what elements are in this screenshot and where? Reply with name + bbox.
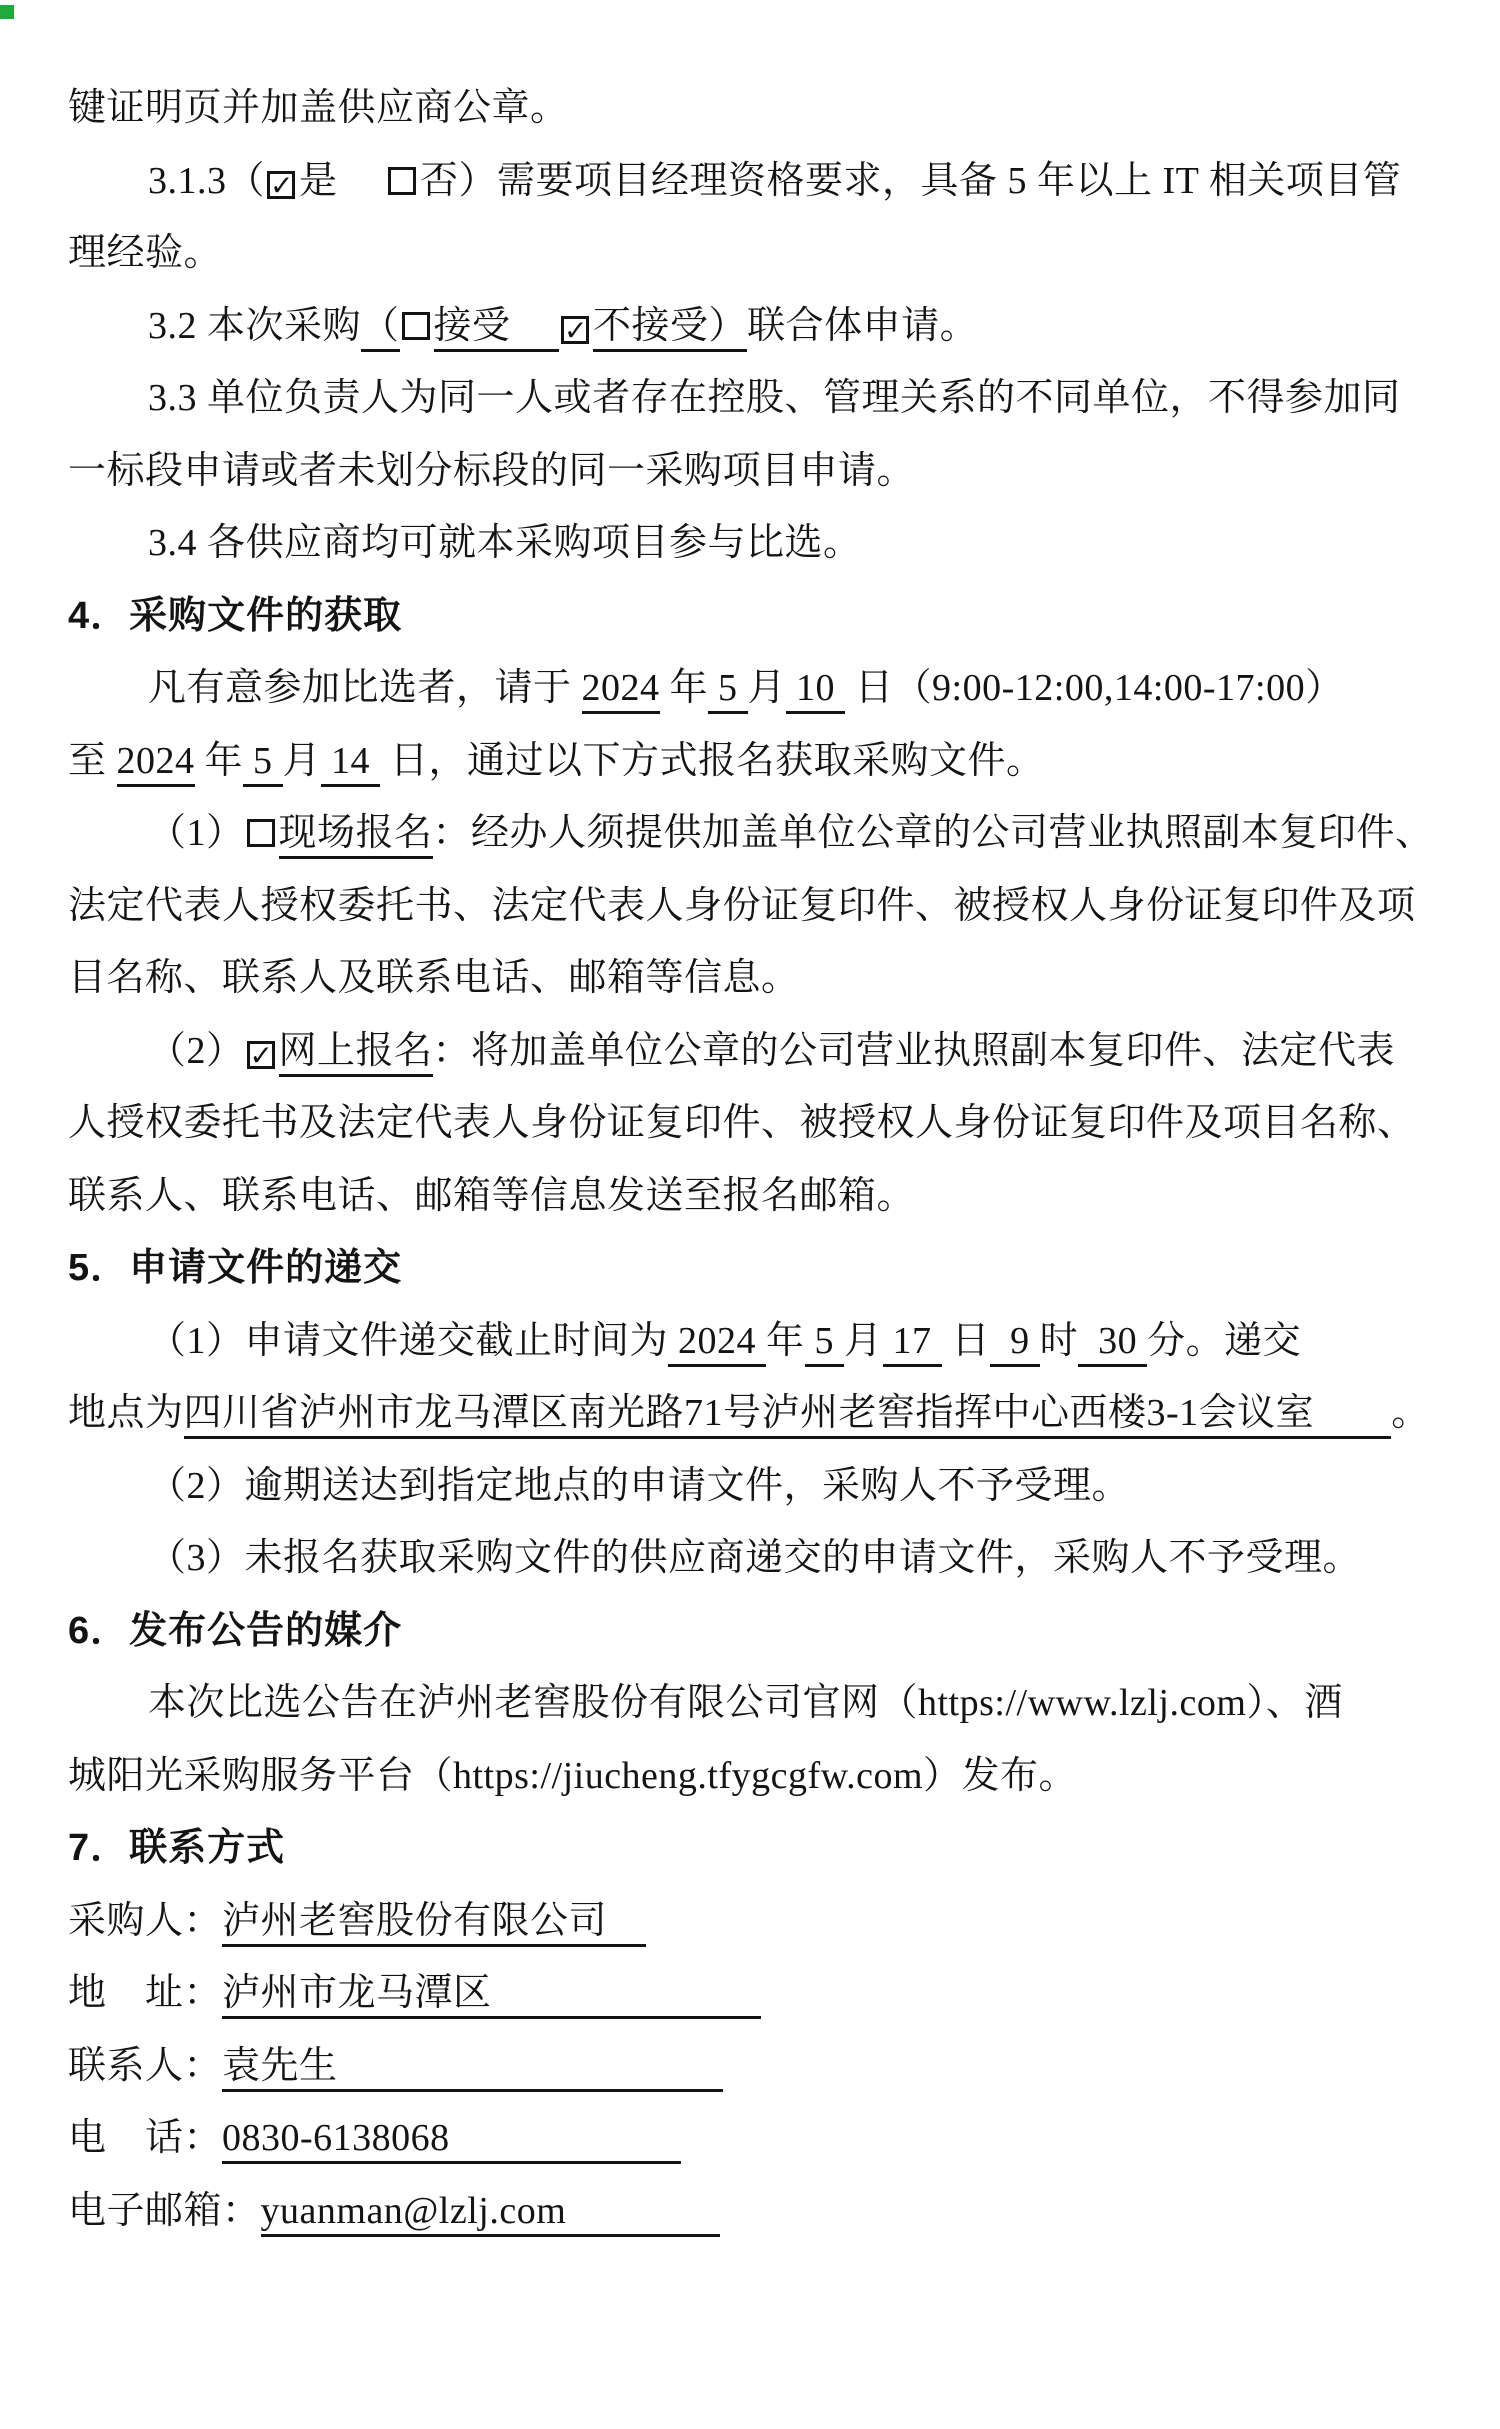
section-heading-7: 7．联系方式 [68, 1812, 1436, 1885]
text-segment: 目名称、联系人及联系电话、邮箱等信息。 [68, 957, 800, 999]
section-heading-4: 4．采购文件的获取 [68, 580, 1436, 653]
text-segment: 14 [321, 740, 380, 787]
paragraph-line: 凡有意参加比选者，请于 2024 年 5 月 10 日（9:00-12:00,1… [68, 652, 1436, 725]
text-segment: 本次比选公告在泸州老窖股份有限公司官网（https://www.lzlj.com… [148, 1682, 1343, 1724]
paragraph-line: 城阳光采购服务平台（https://jiucheng.tfygcgfw.com）… [68, 1740, 1436, 1813]
text-segment: 地 址： [68, 1972, 222, 2014]
text-segment: ：经办人须提供加盖单位公章的公司营业执照副本复印件、 [433, 812, 1434, 854]
paragraph-line: （2）逾期送达到指定地点的申请文件，采购人不予受理。 [68, 1450, 1436, 1523]
text-segment: 联合体申请。 [747, 305, 978, 347]
text-segment: yuanman@lzlj.com [261, 2190, 721, 2237]
text-segment: 5 [243, 740, 283, 787]
text-segment: 6．发布公告的媒介 [68, 1610, 402, 1652]
text-segment: 一标段申请或者未划分标段的同一采购项目申请。 [68, 450, 915, 492]
paragraph-line: 法定代表人授权委托书、法定代表人身份证复印件、被授权人身份证复印件及项 [68, 870, 1436, 943]
paragraph-line: 键证明页并加盖供应商公章。 [68, 72, 1436, 145]
text-segment: 至 [68, 740, 117, 782]
clause-3-2: 3.2 本次采购（接受 ✓不接受）联合体申请。 [68, 290, 1436, 363]
text-segment: 5．申请文件的递交 [68, 1247, 402, 1289]
paragraph-line: 人授权委托书及法定代表人身份证复印件、被授权人身份证复印件及项目名称、 [68, 1087, 1436, 1160]
text-segment: 电子邮箱： [68, 2190, 261, 2232]
checkbox-checked-icon: ✓ [561, 316, 589, 344]
checkbox-checked-icon: ✓ [247, 1041, 275, 1069]
text-segment: 现场报名 [279, 812, 433, 859]
text-segment: 泸州市龙马潭区 [222, 1972, 761, 2019]
text-segment: 。 [1391, 1392, 1430, 1434]
text-segment: 键证明页并加盖供应商公章。 [68, 87, 569, 129]
text-segment: 不接受） [593, 305, 747, 352]
text-segment: ：将加盖单位公章的公司营业执照副本复印件、法定代表 [433, 1030, 1396, 1072]
text-segment: 凡有意参加比选者，请于 [148, 667, 582, 709]
text-segment: 2024 [582, 667, 660, 714]
text-segment: 是 [299, 160, 386, 202]
text-segment: 城阳光采购服务平台（https://jiucheng.tfygcgfw.com）… [68, 1755, 1077, 1797]
section-heading-6: 6．发布公告的媒介 [68, 1595, 1436, 1668]
paragraph-line: 至 2024 年 5 月 14 日，通过以下方式报名获取采购文件。 [68, 725, 1436, 798]
text-segment: 地点为 [68, 1392, 184, 1434]
text-segment: 2024 [668, 1320, 766, 1367]
text-segment: 日（9:00-12:00,14:00-17:00） [845, 667, 1344, 709]
text-segment: 2024 [117, 740, 195, 787]
text-segment: 时 [1040, 1320, 1079, 1362]
clause-online-signup: （2）✓网上报名：将加盖单位公章的公司营业执照副本复印件、法定代表 [68, 1015, 1436, 1088]
text-segment: （2） [148, 1030, 245, 1072]
text-segment: 月 [283, 740, 322, 782]
text-segment: 月 [844, 1320, 883, 1362]
contact-person-line: 联系人：袁先生 [68, 2030, 1436, 2103]
text-segment: 0830-6138068 [222, 2117, 681, 2164]
text-segment: 月 [748, 667, 787, 709]
text-segment: （2）逾期送达到指定地点的申请文件，采购人不予受理。 [148, 1465, 1130, 1507]
clause-3-4: 3.4 各供应商均可就本采购项目参与比选。 [68, 507, 1436, 580]
contact-phone-line: 电 话：0830-6138068 [68, 2102, 1436, 2175]
text-segment: 网上报名 [279, 1030, 433, 1077]
document-body: 键证明页并加盖供应商公章。3.1.3（✓是 否）需要项目经理资格要求，具备 5 … [68, 72, 1436, 2247]
text-segment: 年 [766, 1320, 805, 1362]
text-segment: 联系人： [68, 2045, 222, 2087]
text-segment: （3）未报名获取采购文件的供应商递交的申请文件，采购人不予受理。 [148, 1537, 1361, 1579]
text-segment: 9 [990, 1320, 1040, 1367]
text-segment: 法定代表人授权委托书、法定代表人身份证复印件、被授权人身份证复印件及项 [68, 885, 1416, 927]
text-segment: 四川省泸州市龙马潭区南光路71号泸州老窖指挥中心西楼3-1会议室 [184, 1392, 1392, 1439]
deadline-line: （1）申请文件递交截止时间为 2024 年 5 月 17 日 9 时 30 分。… [68, 1305, 1436, 1378]
text-segment: （1）申请文件递交截止时间为 [148, 1320, 668, 1362]
text-segment: （ [361, 305, 400, 352]
text-segment: 3.4 各供应商均可就本采购项目参与比选。 [148, 522, 862, 564]
text-segment: 分。递交 [1147, 1320, 1301, 1362]
clause-onsite-signup: （1）现场报名：经办人须提供加盖单位公章的公司营业执照副本复印件、 [68, 797, 1436, 870]
text-segment: 4．采购文件的获取 [68, 595, 402, 637]
clause-3-1-3: 3.1.3（✓是 否）需要项目经理资格要求，具备 5 年以上 IT 相关项目管 [68, 145, 1436, 218]
text-segment: 袁先生 [222, 2045, 723, 2092]
checkbox-unchecked-icon [402, 312, 430, 340]
text-segment: 理经验。 [68, 232, 222, 274]
text-segment: 人授权委托书及法定代表人身份证复印件、被授权人身份证复印件及项目名称、 [68, 1102, 1416, 1144]
paragraph-line: 本次比选公告在泸州老窖股份有限公司官网（https://www.lzlj.com… [68, 1667, 1436, 1740]
clause-3-3: 3.3 单位负责人为同一人或者存在控股、管理关系的不同单位，不得参加同 [68, 362, 1436, 435]
checkbox-unchecked-icon [247, 819, 275, 847]
text-segment: 17 [883, 1320, 942, 1367]
text-segment: 7．联系方式 [68, 1827, 285, 1869]
text-segment: 年 [195, 740, 244, 782]
paragraph-line: （3）未报名获取采购文件的供应商递交的申请文件，采购人不予受理。 [68, 1522, 1436, 1595]
checkbox-unchecked-icon [388, 167, 416, 195]
text-segment: （1） [148, 812, 245, 854]
checkbox-checked-icon: ✓ [267, 171, 295, 199]
text-segment: 采购人： [68, 1900, 222, 1942]
text-segment: 否）需要项目经理资格要求，具备 5 年以上 IT 相关项目管 [420, 160, 1401, 202]
text-segment: 日，通过以下方式报名获取采购文件。 [380, 740, 1045, 782]
text-segment: 5 [708, 667, 748, 714]
text-segment: 电 话： [68, 2117, 222, 2159]
corner-marker [0, 5, 14, 19]
address-line: 地点为四川省泸州市龙马潭区南光路71号泸州老窖指挥中心西楼3-1会议室 。 [68, 1377, 1436, 1450]
text-segment: 接受 [434, 305, 560, 352]
text-segment: 年 [660, 667, 709, 709]
contact-purchaser-line: 采购人：泸州老窖股份有限公司 [68, 1885, 1436, 1958]
contact-address-line: 地 址：泸州市龙马潭区 [68, 1957, 1436, 2030]
text-segment: 日 [942, 1320, 991, 1362]
text-segment: 3.3 单位负责人为同一人或者存在控股、管理关系的不同单位，不得参加同 [148, 377, 1401, 419]
text-segment: 5 [805, 1320, 845, 1367]
paragraph-line: 目名称、联系人及联系电话、邮箱等信息。 [68, 942, 1436, 1015]
contact-email-line: 电子邮箱：yuanman@lzlj.com [68, 2175, 1436, 2248]
text-segment: 3.2 本次采购 [148, 305, 361, 347]
text-segment: 3.1.3（ [148, 160, 265, 202]
paragraph-line: 联系人、联系电话、邮箱等信息发送至报名邮箱。 [68, 1160, 1436, 1233]
paragraph-line: 一标段申请或者未划分标段的同一采购项目申请。 [68, 435, 1436, 508]
section-heading-5: 5．申请文件的递交 [68, 1232, 1436, 1305]
paragraph-line: 理经验。 [68, 217, 1436, 290]
text-segment: 10 [786, 667, 845, 714]
text-segment: 30 [1078, 1320, 1147, 1367]
text-segment: 泸州老窖股份有限公司 [222, 1900, 646, 1947]
document-page: { "page": { "background": "#ffffff", "te… [0, 0, 1500, 2429]
text-segment: 联系人、联系电话、邮箱等信息发送至报名邮箱。 [68, 1175, 915, 1217]
